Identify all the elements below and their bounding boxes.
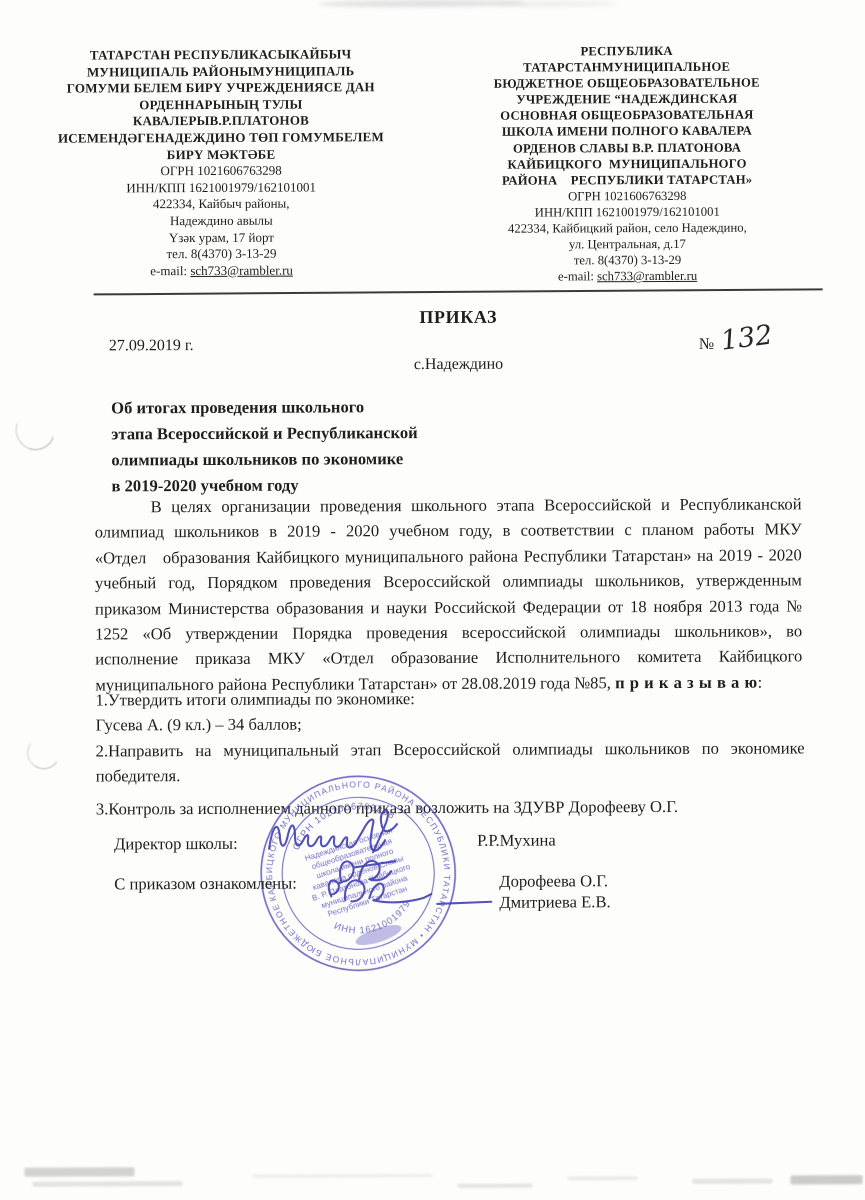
subject-line: этапа Всероссийской и Республиканской bbox=[111, 420, 418, 447]
phone-line: тел. 8(4370) 3-13-29 bbox=[438, 252, 816, 270]
director-name: Р.Р.Мухина bbox=[477, 830, 556, 850]
scan-smudge bbox=[317, 0, 527, 7]
org-name-line: УЧРЕЖДЕНИЕ “НАДЕЖДИНСКАЯ bbox=[438, 91, 816, 109]
org-name-line: ТАТАРСТАН РЕСПУБЛИКАСЫКАЙБЫЧ bbox=[20, 46, 422, 64]
phone-line: тел. 8(4370) 3-13-29 bbox=[20, 245, 422, 263]
order-title: ПРИКАЗ bbox=[94, 305, 823, 329]
scan-artifact bbox=[693, 1179, 773, 1184]
paragraph-text: В целях организации проведения школьного… bbox=[95, 494, 803, 694]
order-place: с.Надеждино bbox=[94, 354, 823, 375]
org-name-line: ШКОЛА ИМЕНИ ПОЛНОГО КАВАЛЕРА bbox=[438, 123, 816, 141]
email-label: e-mail: bbox=[150, 263, 190, 278]
order-body-paragraph: В целях организации проведения школьного… bbox=[95, 491, 803, 697]
org-name-line: РАЙОНА РЕСПУБЛИКИ ТАТАРСТАН» bbox=[438, 171, 816, 189]
email-line: e-mail: sch733@rambler.ru bbox=[439, 268, 817, 286]
scan-smudge bbox=[497, 1, 617, 7]
org-name-line: ОРДЕННАРЫНЫҢ ТУЛЫ bbox=[20, 96, 422, 114]
email-address: sch733@rambler.ru bbox=[597, 269, 697, 283]
address-line: 422334, Кайбыч районы, bbox=[20, 195, 422, 213]
org-name-line: БЮДЖЕТНОЕ ОБЩЕОБРАЗОВАТЕЛЬНОЕ bbox=[438, 75, 816, 93]
org-name-line: КАВАЛЕРЫВ.Р.ПЛАТОНОВ bbox=[20, 112, 422, 130]
scan-artifact bbox=[33, 1181, 183, 1187]
scan-artifact bbox=[791, 1175, 863, 1184]
order-item: 1.Утвердить итоги олимпиады по экономике… bbox=[95, 684, 804, 712]
ogrn-line: ОГРН 1021606763298 bbox=[20, 162, 422, 180]
email-label: e-mail: bbox=[558, 270, 597, 284]
org-name-line: МУНИЦИПАЛЬ РАЙОНЫМУНИЦИПАЛЬ bbox=[20, 63, 422, 81]
punch-hole-mark bbox=[24, 733, 64, 773]
header-divider-line bbox=[94, 288, 823, 295]
scan-artifact bbox=[568, 1176, 638, 1180]
address-line: Үзәк урам, 17 йорт bbox=[20, 229, 422, 247]
org-name-line: ТАТАРСТАНМУНИЦИПАЛЬНОЕ bbox=[438, 58, 816, 76]
org-name-line: КАЙБИЦКОГО МУНИЦИПАЛЬНОГО bbox=[438, 155, 816, 173]
letterhead-left: ТАТАРСТАН РЕСПУБЛИКАСЫКАЙБЫЧ МУНИЦИПАЛЬ … bbox=[20, 46, 423, 280]
subject-line: олимпиады школьников по экономике bbox=[111, 446, 418, 473]
scan-artifact bbox=[24, 1167, 134, 1176]
address-line: Надеждино авылы bbox=[20, 212, 422, 230]
org-name-line: ОСНОВНАЯ ОБЩЕОБРАЗОВАТЕЛЬНАЯ bbox=[438, 107, 816, 125]
scanned-order-document: ТАТАРСТАН РЕСПУБЛИКАСЫКАЙБЫЧ МУНИЦИПАЛЬ … bbox=[0, 0, 865, 1200]
order-number-sign: № bbox=[699, 336, 714, 354]
inn-kpp-line: ИНН/КПП 1621001979/162101001 bbox=[20, 179, 422, 197]
org-name-line: ИСЕМЕНДӘГЕНАДЕЖДИНО ТӨП ГОМУМБЕЛЕМ bbox=[20, 129, 422, 147]
letterhead-right: РЕСПУБЛИКА ТАТАРСТАНМУНИЦИПАЛЬНОЕ БЮДЖЕТ… bbox=[438, 42, 817, 285]
ogrn-line: ОГРН 1021606763298 bbox=[438, 187, 816, 205]
inn-kpp-line: ИНН/КПП 1621001979/162101001 bbox=[438, 203, 816, 221]
address-line: 422334, Кайбицкий район, село Надеждино, bbox=[438, 219, 816, 237]
email-line: e-mail: sch733@rambler.ru bbox=[21, 262, 423, 280]
director-label: Директор школы: bbox=[114, 834, 238, 855]
org-name-line: ГОМУМИ БЕЛЕМ БИРҮ УЧРЕЖДЕНИЯСЕ ДАН bbox=[20, 79, 422, 97]
punch-hole-mark bbox=[8, 403, 62, 457]
org-name-line: БИРҮ МӘКТӘБЕ bbox=[20, 146, 422, 164]
acknowledged-label: С приказом ознакомлены: bbox=[114, 874, 297, 895]
order-subject: Об итогах проведения школьного этапа Все… bbox=[111, 394, 418, 499]
acknowledged-name: Дорофеева О.Г. bbox=[499, 871, 608, 891]
org-name-line: ОРДЕНОВ СЛАВЫ В.Р. ПЛАТОНОВА bbox=[438, 139, 816, 157]
order-date: 27.09.2019 г. bbox=[109, 337, 194, 355]
subject-line: Об итогах проведения школьного bbox=[111, 394, 418, 421]
scan-artifact bbox=[253, 1174, 433, 1178]
scan-artifact bbox=[458, 1184, 533, 1188]
acknowledged-name: Дмитриева Е.В. bbox=[499, 892, 610, 912]
address-line: ул. Центральная, д.17 bbox=[438, 235, 816, 253]
email-address: sch733@rambler.ru bbox=[190, 262, 293, 277]
org-name-line: РЕСПУБЛИКА bbox=[438, 42, 816, 60]
order-number-handwritten: 132 bbox=[719, 319, 774, 356]
ack-signature-2 bbox=[319, 874, 505, 921]
order-item-result: Гусева А. (9 кл.) – 34 баллов; bbox=[95, 710, 804, 738]
